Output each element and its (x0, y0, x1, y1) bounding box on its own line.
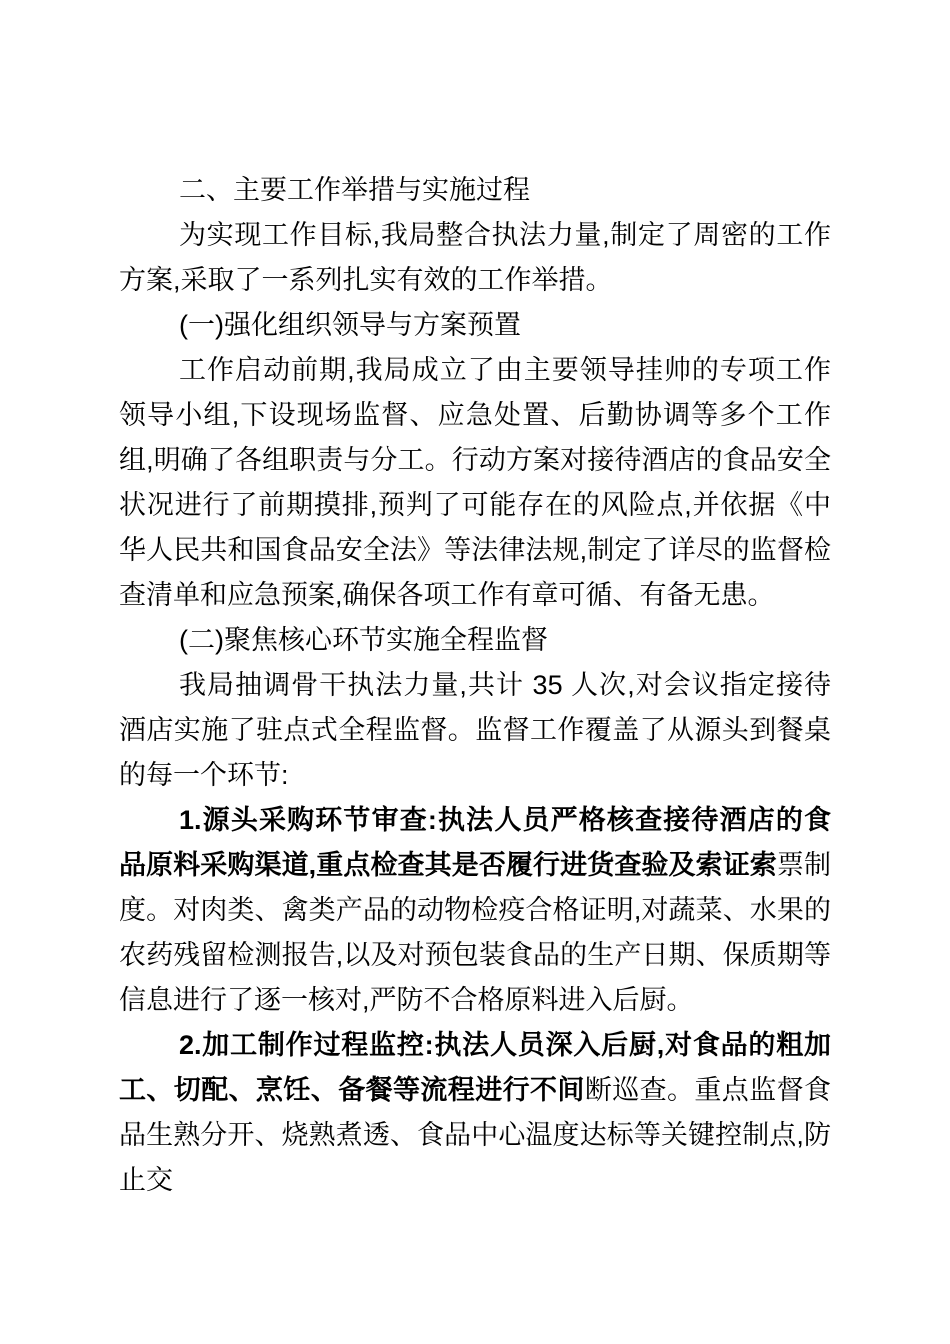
paragraph-2: 为实现工作目标,我局整合执法力量,制定了周密的工作方案,采取了一系列扎实有效的工… (119, 213, 831, 303)
document-body: 二、主要工作举措与实施过程为实现工作目标,我局整合执法力量,制定了周密的工作方案… (119, 168, 831, 1203)
text-run: (二)聚焦核心环节实施全程监督 (179, 625, 548, 655)
paragraph-5: (二)聚焦核心环节实施全程监督 (119, 618, 831, 663)
document-page: 二、主要工作举措与实施过程为实现工作目标,我局整合执法力量,制定了周密的工作方案… (0, 0, 950, 1344)
paragraph-8: 2.加工制作过程监控:执法人员深入后厨,对食品的粗加工、切配、烹饪、备餐等流程进… (119, 1023, 831, 1203)
text-run: 我局抽调骨干执法力量,共计 35 人次,对会议指定接待酒店实施了驻点式全程监督。… (119, 670, 831, 790)
bold-text-run: 1.源头采购环节审查:执法人员严格核查接待酒店的食品原料采购渠道,重点检查其是否… (119, 805, 831, 880)
paragraph-1: 二、主要工作举措与实施过程 (119, 168, 831, 213)
paragraph-3: (一)强化组织领导与方案预置 (119, 303, 831, 348)
paragraph-7: 1.源头采购环节审查:执法人员严格核查接待酒店的食品原料采购渠道,重点检查其是否… (119, 798, 831, 1023)
paragraph-6: 我局抽调骨干执法力量,共计 35 人次,对会议指定接待酒店实施了驻点式全程监督。… (119, 663, 831, 798)
text-run: (一)强化组织领导与方案预置 (179, 310, 521, 340)
text-run: 二、主要工作举措与实施过程 (179, 175, 530, 205)
text-run: 为实现工作目标,我局整合执法力量,制定了周密的工作方案,采取了一系列扎实有效的工… (119, 220, 831, 295)
text-run: 工作启动前期,我局成立了由主要领导挂帅的专项工作领导小组,下设现场监督、应急处置… (119, 355, 831, 610)
paragraph-4: 工作启动前期,我局成立了由主要领导挂帅的专项工作领导小组,下设现场监督、应急处置… (119, 348, 831, 618)
